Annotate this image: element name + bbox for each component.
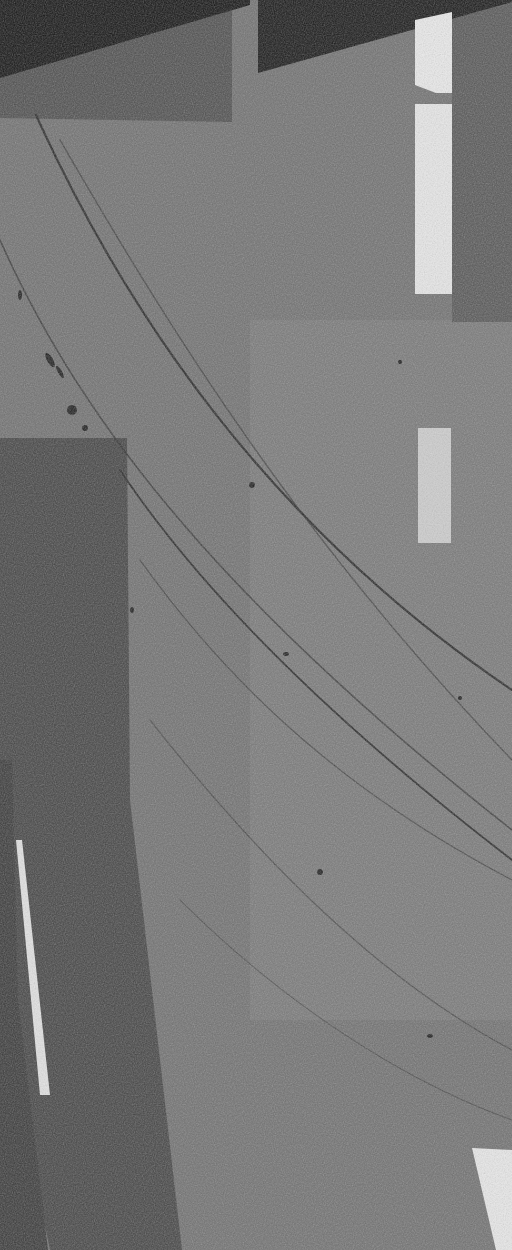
grain-overlay [0, 0, 512, 1250]
road-surface-drawing [0, 0, 512, 1250]
road-surface-image [0, 0, 512, 1250]
